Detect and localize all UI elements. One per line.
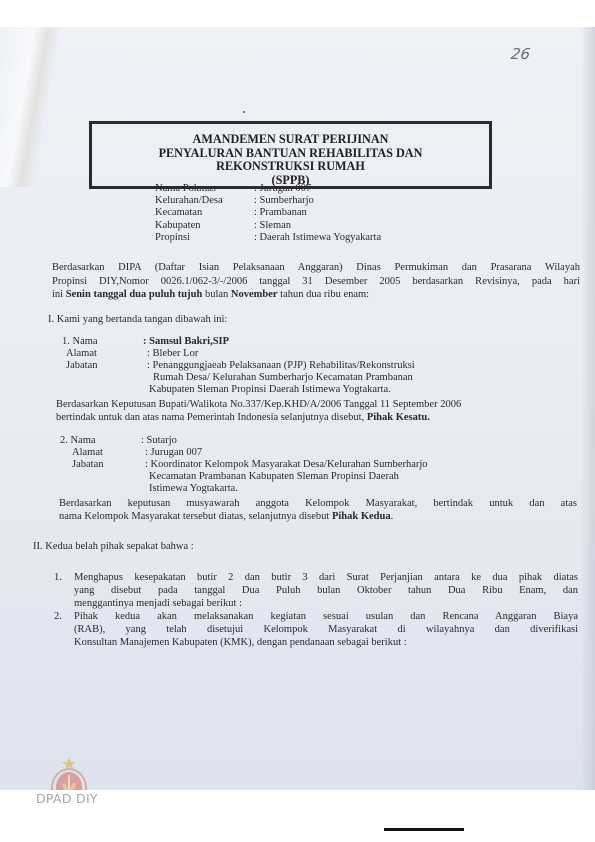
- item-line: Pihak kedua akan melaksanakan kegiatan s…: [74, 610, 578, 623]
- person-row: Alamat: Bleber Lor: [62, 348, 415, 360]
- info-value: : Daerah Istimewa Yogyakarta: [254, 232, 381, 244]
- yogyakarta-coat-of-arms-icon: [50, 755, 88, 790]
- text: tahun dua ribu enam:: [278, 289, 370, 300]
- person-row: 1. Nama: Samsul Bakri,SIP: [62, 336, 415, 348]
- position-label: Jabatan: [62, 360, 147, 372]
- item-line: Konsultan Manajemen Kabupaten (KMK), den…: [74, 636, 578, 649]
- text: .: [391, 511, 394, 522]
- basis-line: Berdasarkan Keputusan Bupati/Walikota No…: [56, 399, 571, 412]
- text: nama Kelompok Masyarakat tersebut diatas…: [59, 511, 332, 522]
- section-2-heading: II. Kedua belah pihak sepakat bahwa :: [33, 541, 194, 552]
- info-value: : Prambanan: [254, 207, 307, 219]
- group-info: Nama Pokmas: Jurugan 007 Kelurahan/Desa:…: [155, 183, 381, 244]
- item-line: menggantinya menjadi sebagai berikut :: [74, 597, 578, 610]
- basis-line: Berdasarkan keputusan musyawarah anggota…: [59, 498, 577, 511]
- agreement-item: 2. Pihak kedua akan melaksanakan kegiata…: [54, 610, 578, 649]
- handwritten-page-number: 26: [510, 45, 532, 63]
- document-title-box: AMANDEMEN SURAT PERIJINAN PENYALURAN BAN…: [89, 121, 492, 189]
- intro-paragraph: Berdasarkan DIPA (Daftar Isian Pelaksana…: [52, 261, 580, 302]
- info-row: Kabupaten: Sleman: [155, 220, 381, 232]
- item-body: Pihak kedua akan melaksanakan kegiatan s…: [74, 610, 578, 649]
- info-label: Kecamatan: [155, 207, 254, 219]
- info-label: Propinsi: [155, 232, 254, 244]
- name-label: 1. Nama: [62, 336, 143, 348]
- info-value: : Sumberharjo: [254, 195, 314, 207]
- dpad-diy-watermark: DPAD DIY: [36, 791, 98, 806]
- info-value: : Sleman: [254, 220, 291, 232]
- address-label: Alamat: [62, 348, 147, 360]
- position-continued: Kecamatan Prambanan Kabupaten Sleman Pro…: [60, 471, 428, 483]
- info-label: Kabupaten: [155, 220, 254, 232]
- item-number: 2.: [54, 610, 74, 649]
- item-line: (RAB), yang telah disetujui Kelompok Mas…: [74, 623, 578, 636]
- agreement-list: 1. Menghapus kesepakatan butir 2 dan but…: [54, 571, 578, 649]
- party-label-bold: Pihak Kesatu.: [367, 412, 430, 423]
- position-value: : Penanggungjaeab Pelaksanaan (PJP) Reha…: [147, 360, 415, 372]
- title-line: REKONSTRUKSI RUMAH: [92, 160, 489, 174]
- info-row: Kecamatan: Prambanan: [155, 207, 381, 219]
- person-1-basis: Berdasarkan Keputusan Bupati/Walikota No…: [56, 399, 571, 424]
- title-line: PENYALURAN BANTUAN REHABILITAS DAN: [92, 147, 489, 161]
- item-body: Menghapus kesepakatan butir 2 dan butir …: [74, 571, 578, 610]
- intro-line: Berdasarkan DIPA (Daftar Isian Pelaksana…: [52, 261, 580, 275]
- agreement-item: 1. Menghapus kesepakatan butir 2 dan but…: [54, 571, 578, 610]
- info-row: Propinsi: Daerah Istimewa Yogyakarta: [155, 232, 381, 244]
- scanned-page: 26 AMANDEMEN SURAT PERIJINAN PENYALURAN …: [0, 27, 595, 790]
- text-bold: tanggal: [91, 289, 130, 300]
- name-value: : Sutarjo: [141, 435, 177, 447]
- day-bold: Senin: [66, 289, 91, 300]
- month-bold: November: [231, 289, 278, 300]
- basis-line: nama Kelompok Masyarakat tersebut diatas…: [59, 511, 577, 524]
- info-row: Kelurahan/Desa: Sumberharjo: [155, 195, 381, 207]
- position-continued: Istimewa Yogtakarta.: [60, 483, 428, 495]
- position-continued: Rumah Desa/ Kelurahan Sumberharjo Kecama…: [62, 372, 415, 384]
- title-line: AMANDEMEN SURAT PERIJINAN: [92, 133, 489, 147]
- ink-speck: [243, 111, 245, 113]
- position-continued: Kabupaten Sleman Propinsi Daerah Istimew…: [62, 384, 415, 396]
- name-label: 2. Nama: [60, 435, 141, 447]
- address-label: Alamat: [60, 447, 145, 459]
- person-2: 2. Nama: Sutarjo Alamat: Jurugan 007 Jab…: [60, 435, 428, 495]
- position-value: : Koordinator Kelompok Masyarakat Desa/K…: [145, 459, 428, 471]
- info-value: : Jurugan 007: [254, 183, 311, 195]
- address-value: : Jurugan 007: [145, 447, 202, 459]
- party-label-bold: Pihak Kedua: [332, 511, 391, 522]
- person-row: 2. Nama: Sutarjo: [60, 435, 428, 447]
- text: bulan: [202, 289, 231, 300]
- info-label: Kelurahan/Desa: [155, 195, 254, 207]
- person-row: Jabatan: Koordinator Kelompok Masyarakat…: [60, 459, 428, 471]
- person-row: Jabatan: Penanggungjaeab Pelaksanaan (PJ…: [62, 360, 415, 372]
- scanner-signature-bar: [384, 828, 464, 831]
- name-value: : Samsul Bakri,SIP: [143, 336, 229, 348]
- person-2-basis: Berdasarkan keputusan musyawarah anggota…: [59, 498, 577, 523]
- person-1: 1. Nama: Samsul Bakri,SIP Alamat: Bleber…: [62, 336, 415, 396]
- basis-line: bertindak untuk dan atas nama Pemerintah…: [56, 412, 571, 425]
- item-number: 1.: [54, 571, 74, 610]
- position-label: Jabatan: [60, 459, 145, 471]
- address-value: : Bleber Lor: [147, 348, 198, 360]
- info-label: Nama Pokmas: [155, 183, 254, 195]
- item-line: yang disebut pada tanggal Dua Puluh bula…: [74, 584, 578, 597]
- date-bold: dua puluh tujuh: [129, 289, 202, 300]
- text: ini: [52, 289, 66, 300]
- item-line: Menghapus kesepakatan butir 2 dan butir …: [74, 571, 578, 584]
- section-1-heading: I. Kami yang bertanda tangan dibawah ini…: [48, 314, 227, 325]
- info-row: Nama Pokmas: Jurugan 007: [155, 183, 381, 195]
- text: bertindak untuk dan atas nama Pemerintah…: [56, 412, 367, 423]
- intro-line: ini Senin tanggal dua puluh tujuh bulan …: [52, 288, 580, 302]
- intro-line: Propinsi DIY,Nomor 0026.1/062-3/-/2006 t…: [52, 275, 580, 289]
- person-row: Alamat: Jurugan 007: [60, 447, 428, 459]
